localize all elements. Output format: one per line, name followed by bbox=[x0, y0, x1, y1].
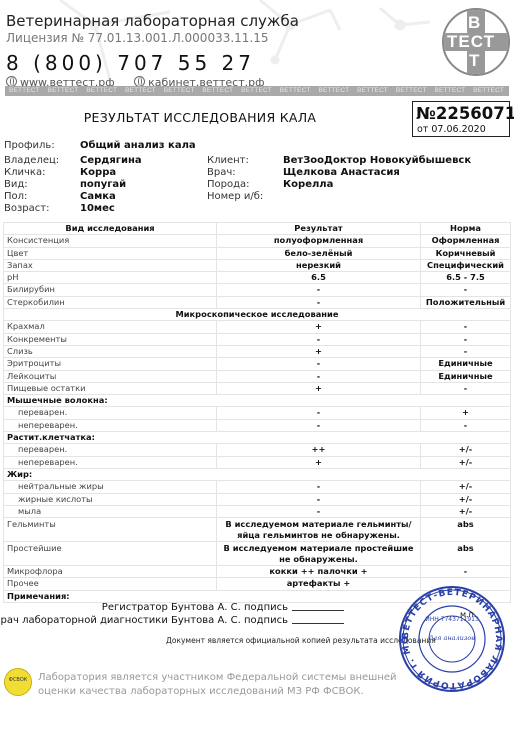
table-row: Пищевые остатки+- bbox=[4, 382, 511, 394]
stamp-place-label: м.п. bbox=[460, 610, 476, 619]
record-number-label: Номер и/б: bbox=[207, 191, 263, 203]
age-value: 10мес bbox=[80, 203, 115, 215]
lab-header: Ветеринарная лабораторная служба Лицензи… bbox=[6, 12, 299, 90]
test-norm: +/- bbox=[421, 481, 511, 493]
test-name: pH bbox=[4, 272, 217, 284]
test-name: Прочее bbox=[4, 578, 217, 590]
doctor-signature-text: Врач лабораторной диагностики Бунтова А.… bbox=[0, 615, 288, 626]
test-result: - bbox=[217, 505, 421, 517]
test-name: Конкременты bbox=[4, 333, 217, 345]
test-name: Эритроциты bbox=[4, 358, 217, 370]
test-norm: +/- bbox=[421, 444, 511, 456]
table-row: мыла-+/- bbox=[4, 505, 511, 517]
species-label: Вид: bbox=[4, 179, 28, 191]
age-label: Возраст: bbox=[4, 203, 49, 215]
table-row: Жир: bbox=[4, 468, 511, 480]
profile-value: Общий анализ кала bbox=[80, 140, 196, 152]
column-header-result: Результат bbox=[217, 223, 421, 235]
test-result: - bbox=[217, 370, 421, 382]
results-table: Вид исследования Результат Норма Консист… bbox=[3, 222, 511, 603]
table-row: КонсистенцияполуоформленнаяОформленная bbox=[4, 235, 511, 247]
lab-name: Ветеринарная лабораторная служба bbox=[6, 12, 299, 30]
test-result: кокки ++ палочки + bbox=[217, 566, 421, 578]
client-value: ВетЗооДоктор Новокуйбышевск bbox=[283, 155, 471, 167]
owner-value: Сердягина bbox=[80, 155, 142, 167]
test-name: Слизь bbox=[4, 345, 217, 357]
test-norm: +/- bbox=[421, 505, 511, 517]
table-row: Микроскопическое исследование bbox=[4, 309, 511, 321]
stripe-word: ВЕТТЕСТ bbox=[121, 86, 160, 96]
test-result: + bbox=[217, 321, 421, 333]
section-heading: Микроскопическое исследование bbox=[4, 309, 511, 321]
vettest-logo: В ТЕСТ Т bbox=[442, 8, 510, 76]
test-name: Простейшие bbox=[4, 542, 217, 566]
test-name: Лейкоциты bbox=[4, 370, 217, 382]
test-name: жирные кислоты bbox=[4, 493, 217, 505]
test-norm: Оформленная bbox=[421, 235, 511, 247]
test-norm: - bbox=[421, 321, 511, 333]
test-result: - bbox=[217, 407, 421, 419]
table-row: Мышечные волокна: bbox=[4, 395, 511, 407]
test-norm: - bbox=[421, 345, 511, 357]
test-result: + bbox=[217, 345, 421, 357]
test-norm: abs bbox=[421, 518, 511, 542]
test-name: Гельминты bbox=[4, 518, 217, 542]
test-result: - bbox=[217, 296, 421, 308]
section-heading: Растит.клетчатка: bbox=[4, 432, 511, 444]
test-result: - bbox=[217, 284, 421, 296]
test-result: бело-зелёный bbox=[217, 247, 421, 259]
test-norm: Единичные bbox=[421, 370, 511, 382]
table-row: Крахмал+- bbox=[4, 321, 511, 333]
test-norm: - bbox=[421, 419, 511, 431]
test-name: Пищевые остатки bbox=[4, 382, 217, 394]
breed-label: Порода: bbox=[207, 179, 250, 191]
table-row: Билирубин-- bbox=[4, 284, 511, 296]
species-value: попугай bbox=[80, 179, 126, 191]
test-norm: Положительный bbox=[421, 296, 511, 308]
brand-stripe: ВЕТТЕСТВЕТТЕСТВЕТТЕСТВЕТТЕСТВЕТТЕСТВЕТТЕ… bbox=[5, 86, 509, 96]
table-row: переварен.+++/- bbox=[4, 444, 511, 456]
table-row: Цветбело-зелёныйКоричневый bbox=[4, 247, 511, 259]
test-result: - bbox=[217, 419, 421, 431]
stripe-word: ВЕТТЕСТ bbox=[431, 86, 470, 96]
test-name: переварен. bbox=[4, 444, 217, 456]
stripe-word: ВЕТТЕСТ bbox=[392, 86, 431, 96]
test-norm: +/- bbox=[421, 493, 511, 505]
test-name: Цвет bbox=[4, 247, 217, 259]
test-norm: - bbox=[421, 566, 511, 578]
stripe-word: ВЕТТЕСТ bbox=[353, 86, 392, 96]
stripe-word: ВЕТТЕСТ bbox=[315, 86, 354, 96]
registrar-text: Регистратор Бунтова А. С. подпись bbox=[102, 602, 288, 613]
client-label: Клиент: bbox=[207, 155, 249, 167]
signature-line bbox=[292, 610, 344, 611]
table-row: переварен.-+ bbox=[4, 407, 511, 419]
test-name: Стеркобилин bbox=[4, 296, 217, 308]
document-date: от 07.06.2020 bbox=[413, 124, 509, 135]
test-norm: abs bbox=[421, 542, 511, 566]
test-norm: Специфический bbox=[421, 259, 511, 271]
table-row: непереварен.-- bbox=[4, 419, 511, 431]
test-norm: - bbox=[421, 284, 511, 296]
table-row: ПростейшиеВ исследуемом материале просте… bbox=[4, 542, 511, 566]
stripe-word: ВЕТТЕСТ bbox=[160, 86, 199, 96]
test-result: - bbox=[217, 333, 421, 345]
table-row: Микрофлоракокки ++ палочки +- bbox=[4, 566, 511, 578]
signature-line bbox=[292, 623, 344, 624]
doctor-value: Щелкова Анастасия bbox=[283, 167, 400, 179]
table-row: нейтральные жиры-+/- bbox=[4, 481, 511, 493]
section-heading: Жир: bbox=[4, 468, 511, 480]
test-name: непереварен. bbox=[4, 419, 217, 431]
test-result: + bbox=[217, 382, 421, 394]
column-header-test: Вид исследования bbox=[4, 223, 217, 235]
table-row: жирные кислоты-+/- bbox=[4, 493, 511, 505]
test-result: В исследуемом материале гельминты/яйца г… bbox=[217, 518, 421, 542]
stripe-word: ВЕТТЕСТ bbox=[44, 86, 83, 96]
owner-label: Владелец: bbox=[4, 155, 59, 167]
table-row: непереварен.++/- bbox=[4, 456, 511, 468]
table-row: Лейкоциты-Единичные bbox=[4, 370, 511, 382]
test-name: непереварен. bbox=[4, 456, 217, 468]
table-row: Растит.клетчатка: bbox=[4, 432, 511, 444]
table-row: ГельминтыВ исследуемом материале гельмин… bbox=[4, 518, 511, 542]
test-norm: - bbox=[421, 333, 511, 345]
pet-name-label: Кличка: bbox=[4, 167, 45, 179]
pet-name-value: Корра bbox=[80, 167, 116, 179]
fsvok-note: Лаборатория является участником Федераль… bbox=[38, 671, 397, 699]
table-row: Стеркобилин-Положительный bbox=[4, 296, 511, 308]
registrar-signature: Регистратор Бунтова А. С. подпись bbox=[102, 602, 344, 613]
document-number: №2256071 bbox=[413, 104, 509, 124]
test-result: 6.5 bbox=[217, 272, 421, 284]
doctor-signature: Врач лабораторной диагностики Бунтова А.… bbox=[0, 615, 344, 626]
test-name: мыла bbox=[4, 505, 217, 517]
stripe-word: ВЕТТЕСТ bbox=[5, 86, 44, 96]
test-norm: 6.5 - 7.5 bbox=[421, 272, 511, 284]
document-number-box: №2256071 от 07.06.2020 bbox=[412, 101, 510, 137]
test-result: полуоформленная bbox=[217, 235, 421, 247]
test-result: - bbox=[217, 493, 421, 505]
fsvok-logo: ФСВОК bbox=[4, 668, 32, 696]
table-row: ЗапахнерезкийСпецифический bbox=[4, 259, 511, 271]
sex-value: Самка bbox=[80, 191, 116, 203]
test-name: переварен. bbox=[4, 407, 217, 419]
test-name: Консистенция bbox=[4, 235, 217, 247]
svg-text:для анализов: для анализов bbox=[429, 634, 475, 642]
test-result: - bbox=[217, 358, 421, 370]
test-norm: +/- bbox=[421, 456, 511, 468]
test-norm: Коричневый bbox=[421, 247, 511, 259]
test-result: артефакты + bbox=[217, 578, 421, 590]
table-row: Конкременты-- bbox=[4, 333, 511, 345]
test-name: Микрофлора bbox=[4, 566, 217, 578]
test-name: Крахмал bbox=[4, 321, 217, 333]
test-norm: Единичные bbox=[421, 358, 511, 370]
column-header-norm: Норма bbox=[421, 223, 511, 235]
table-row: pH6.56.5 - 7.5 bbox=[4, 272, 511, 284]
stripe-word: ВЕТТЕСТ bbox=[276, 86, 315, 96]
table-row: Слизь+- bbox=[4, 345, 511, 357]
table-header-row: Вид исследования Результат Норма bbox=[4, 223, 511, 235]
test-name: нейтральные жиры bbox=[4, 481, 217, 493]
test-name: Билирубин bbox=[4, 284, 217, 296]
stripe-word: ВЕТТЕСТ bbox=[198, 86, 237, 96]
license-number: Лицензия № 77.01.13.001.Л.000033.11.15 bbox=[6, 30, 299, 46]
table-row: Эритроциты-Единичные bbox=[4, 358, 511, 370]
official-copy-note: Документ является официальной копией рез… bbox=[166, 636, 436, 645]
breed-value: Корелла bbox=[283, 179, 333, 191]
test-result: ++ bbox=[217, 444, 421, 456]
test-result: нерезкий bbox=[217, 259, 421, 271]
test-norm: + bbox=[421, 407, 511, 419]
test-name: Запах bbox=[4, 259, 217, 271]
profile-label: Профиль: bbox=[4, 140, 55, 152]
test-result: В исследуемом материале простейшие не об… bbox=[217, 542, 421, 566]
page-title: РЕЗУЛЬТАТ ИССЛЕДОВАНИЯ КАЛА bbox=[0, 110, 400, 125]
stripe-word: ВЕТТЕСТ bbox=[237, 86, 276, 96]
stripe-word: ВЕТТЕСТ bbox=[469, 86, 508, 96]
test-norm: - bbox=[421, 382, 511, 394]
test-result: - bbox=[217, 481, 421, 493]
lab-stamp: ВЕТТЕСТ-ВЕТЕРИНАРНАЯ ЛАБОРАТОРИЯ г. МОСК… bbox=[397, 584, 507, 694]
phone-number[interactable]: 8 (800) 707 55 27 bbox=[6, 50, 299, 76]
section-heading: Мышечные волокна: bbox=[4, 395, 511, 407]
doctor-label: Врач: bbox=[207, 167, 236, 179]
test-result: + bbox=[217, 456, 421, 468]
sex-label: Пол: bbox=[4, 191, 27, 203]
stripe-word: ВЕТТЕСТ bbox=[82, 86, 121, 96]
